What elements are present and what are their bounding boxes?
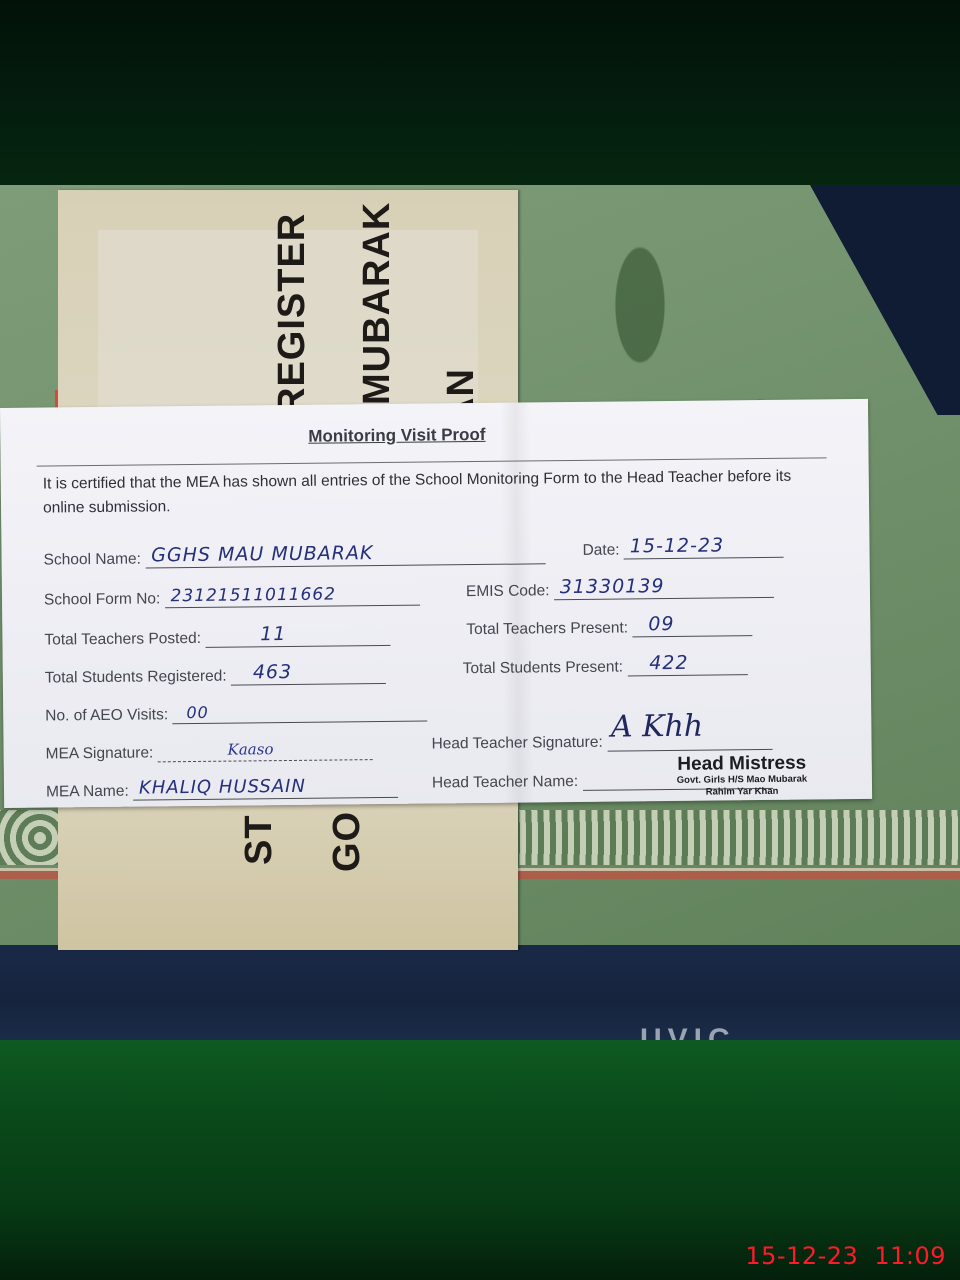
slip-content-box: It is certified that the MEA has shown a…	[37, 457, 830, 786]
head-teacher-signature-value: A Khh	[611, 709, 704, 745]
date-row: Date: 15-12-23	[582, 535, 784, 560]
school-name-row: School Name: GGHS MAU MUBARAK	[43, 541, 545, 569]
students-present-value: 422	[649, 652, 688, 674]
teachers-present-field[interactable]: 09	[632, 613, 752, 637]
students-present-label: Total Students Present:	[463, 658, 623, 677]
teachers-posted-label: Total Teachers Posted:	[44, 630, 201, 649]
students-registered-value: 463	[253, 661, 292, 683]
certification-text: It is certified that the MEA has shown a…	[43, 464, 823, 520]
stamp-title: Head Mistress	[652, 753, 832, 775]
dark-background-top	[0, 0, 960, 190]
label-text-register: REGISTER	[271, 213, 314, 415]
head-teacher-signature-row: Head Teacher Signature: A Khh	[431, 727, 772, 754]
mea-signature-field[interactable]: Kaaso	[157, 737, 372, 762]
school-name-value: GGHS MAU MUBARAK	[151, 542, 373, 566]
slip-title: Monitoring Visit Proof	[308, 425, 485, 447]
teachers-posted-value: 11	[260, 623, 286, 645]
school-form-no-value: 23121511011662	[170, 584, 336, 606]
date-label: Date:	[582, 542, 619, 559]
mea-name-value: KHALIQ HUSSAIN	[139, 776, 306, 799]
students-present-row: Total Students Present: 422	[463, 652, 748, 678]
teachers-posted-row: Total Teachers Posted: 11	[44, 623, 390, 650]
timestamp-date: 15-12-23	[745, 1242, 858, 1270]
timestamp-time: 11:09	[874, 1242, 946, 1270]
teachers-present-value: 09	[648, 613, 674, 635]
stamp-school: Govt. Girls H/S Mao Mubarak	[652, 773, 832, 787]
emis-code-field[interactable]: 31330139	[554, 575, 774, 600]
mea-name-field[interactable]: KHALIQ HUSSAIN	[133, 775, 398, 801]
aeo-visits-label: No. of AEO Visits:	[45, 706, 168, 724]
teachers-present-row: Total Teachers Present: 09	[466, 613, 752, 639]
date-value: 15-12-23	[630, 534, 724, 557]
mea-signature-value: Kaaso	[228, 740, 274, 758]
stamp-city: Rahim Yar Khan	[652, 785, 832, 799]
school-name-field[interactable]: GGHS MAU MUBARAK	[145, 541, 545, 568]
students-registered-label: Total Students Registered:	[45, 668, 227, 687]
monitoring-visit-proof-slip: Monitoring Visit Proof It is certified t…	[0, 399, 872, 808]
head-mistress-stamp: Head Mistress Govt. Girls H/S Mao Mubara…	[652, 753, 832, 799]
navy-spine-band: UVIC	[0, 945, 960, 1040]
emis-code-value: 31330139	[560, 575, 665, 598]
label-text-go: GO	[326, 811, 369, 872]
mea-signature-label: MEA Signature:	[46, 744, 154, 762]
emis-code-row: EMIS Code: 31330139	[466, 575, 774, 601]
school-form-no-field[interactable]: 23121511011662	[164, 583, 419, 609]
mea-name-label: MEA Name:	[46, 783, 129, 801]
teachers-present-label: Total Teachers Present:	[466, 619, 628, 638]
school-form-no-label: School Form No:	[44, 590, 160, 608]
head-teacher-signature-field[interactable]: A Khh	[607, 727, 772, 752]
label-text-mubarak: MUBARAK	[356, 202, 399, 405]
head-teacher-name-label: Head Teacher Name:	[432, 773, 578, 792]
date-field[interactable]: 15-12-23	[624, 535, 784, 560]
aeo-visits-value: 00	[186, 703, 209, 722]
mea-signature-row: MEA Signature: Kaaso	[45, 737, 372, 763]
photo-timestamp: 15-12-2311:09	[745, 1242, 946, 1270]
students-present-field[interactable]: 422	[627, 652, 747, 676]
label-text-st: ST	[238, 814, 281, 865]
students-registered-field[interactable]: 463	[231, 661, 386, 686]
school-name-label: School Name:	[44, 551, 142, 569]
students-registered-row: Total Students Registered: 463	[45, 661, 386, 688]
school-form-no-row: School Form No: 23121511011662	[44, 583, 420, 610]
emis-code-label: EMIS Code:	[466, 582, 550, 600]
mea-name-row: MEA Name: KHALIQ HUSSAIN	[46, 775, 398, 802]
head-teacher-signature-label: Head Teacher Signature:	[431, 734, 602, 753]
teachers-posted-field[interactable]: 11	[205, 623, 390, 648]
aeo-visits-field[interactable]: 00	[172, 699, 427, 725]
aeo-visits-row: No. of AEO Visits: 00	[45, 699, 427, 726]
